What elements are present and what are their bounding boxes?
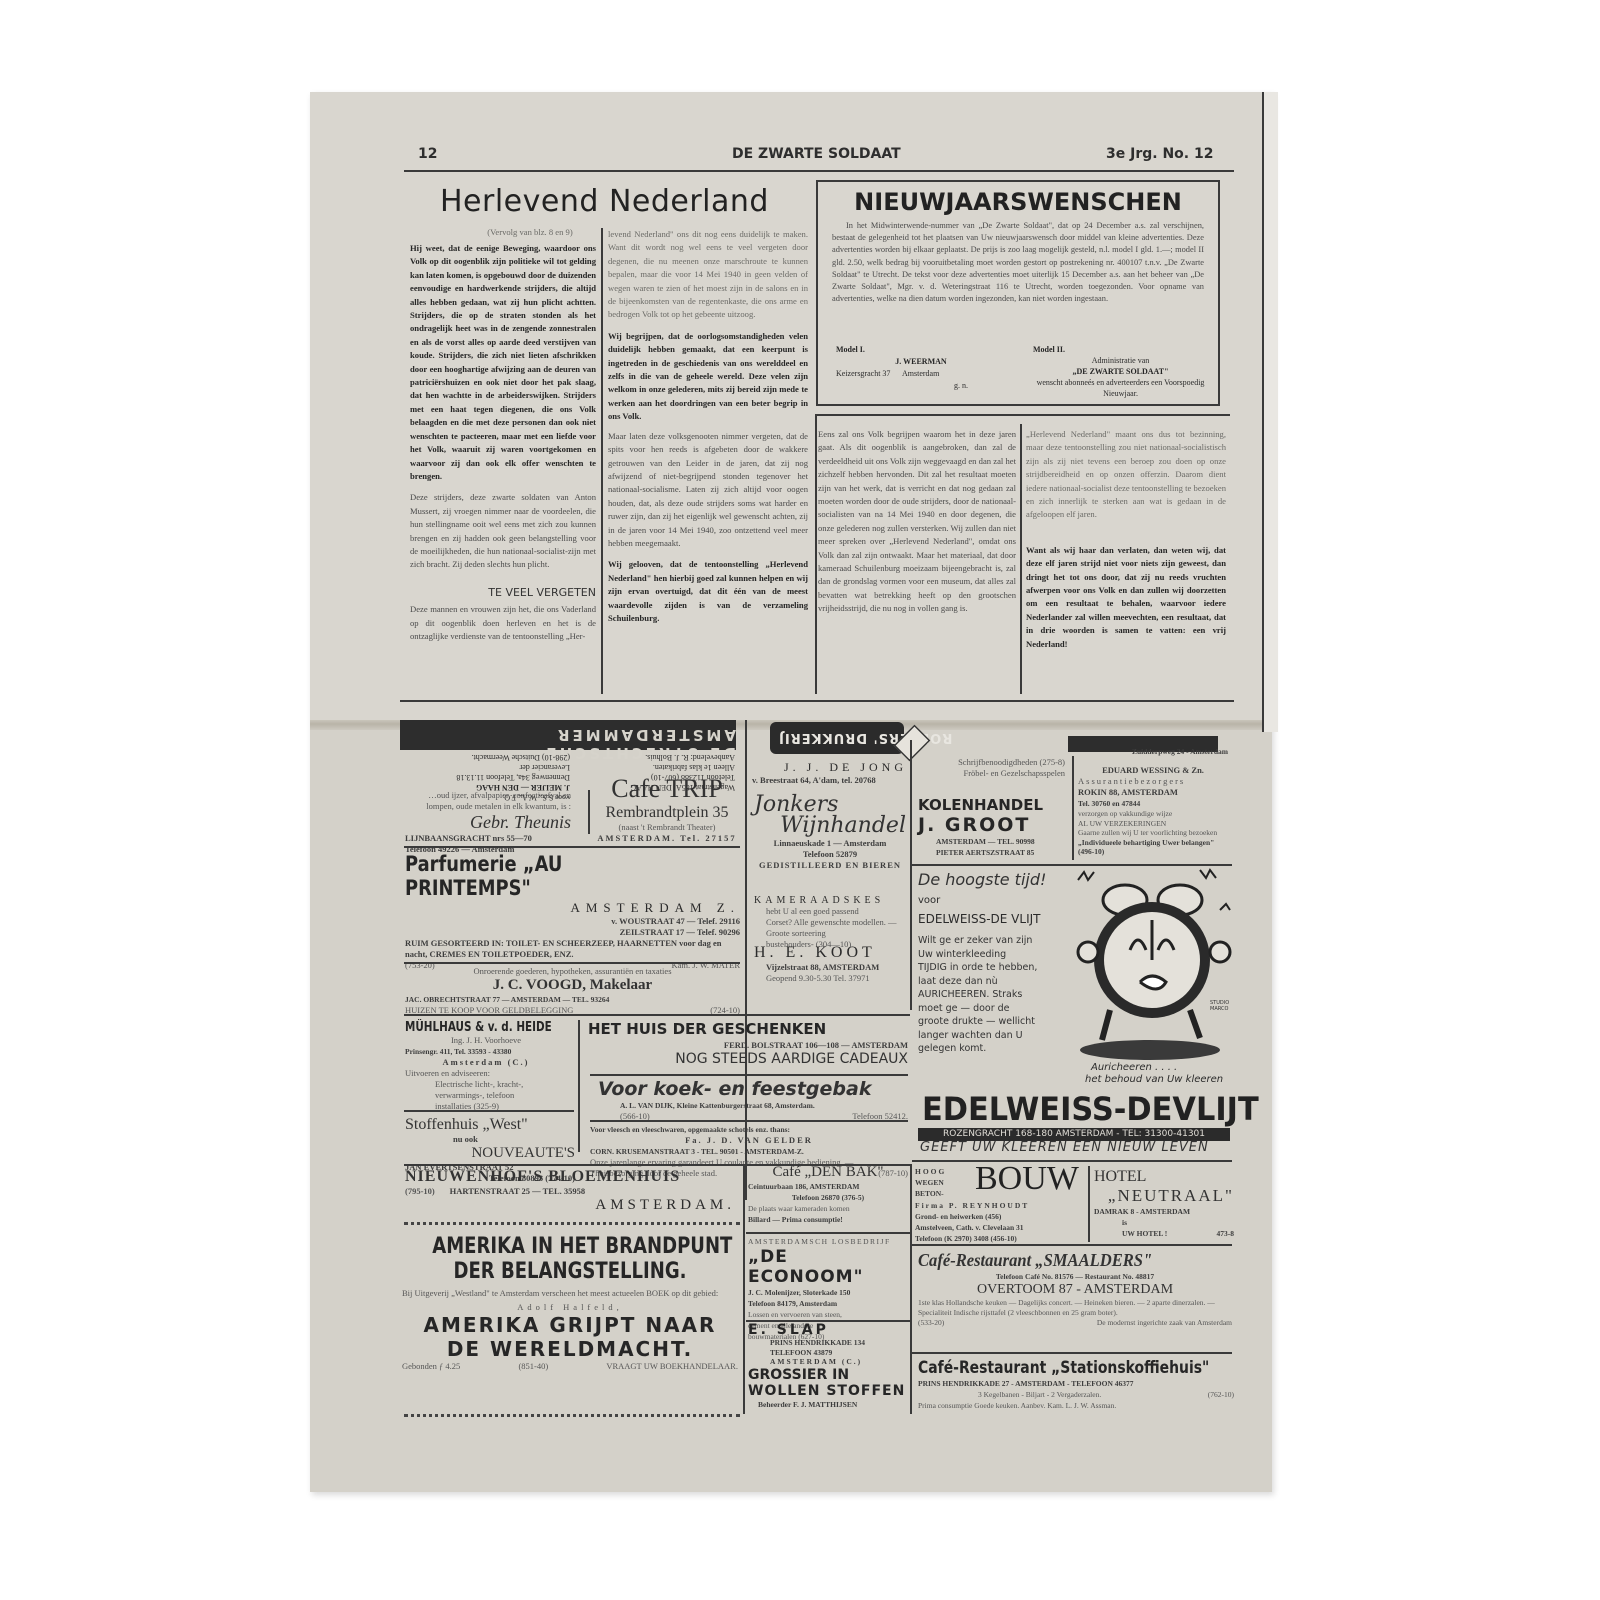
divider xyxy=(588,790,590,834)
neutraal-address: DAMRAK 8 - AMSTERDAM xyxy=(1094,1206,1234,1217)
slap-name: E. SLAP xyxy=(748,1322,908,1338)
edelweiss-artist: STUDIO MARCO xyxy=(1210,1000,1240,1012)
stations-row: 3 Kegelbanen - Biljart - 2 Vergaderzalen… xyxy=(918,1389,1234,1400)
amerika-book2: DE WERELDMACHT. xyxy=(402,1337,738,1361)
model-2-label: Model II. xyxy=(1033,344,1208,355)
jonkers-address: Linnaeuskade 1 — Amsterdam xyxy=(754,838,906,849)
printemps-title: Parfumerie „AU PRINTEMPS" xyxy=(405,852,690,900)
page-number: 12 xyxy=(418,146,437,162)
jonkers-tag: GEDISTILLEERD EN BIEREN xyxy=(754,860,906,871)
amerika-author: Adolf Halfeld, xyxy=(402,1302,738,1313)
article-col1: Hij weet, dat de eenige Beweging, waardo… xyxy=(410,242,596,643)
wessing-address: ROKIN 88, AMSTERDAM xyxy=(1078,787,1228,798)
col2-bold-paragraph: Wij begrijpen, dat de oorlogsomstandighe… xyxy=(608,330,808,424)
neutraal-tag1: is xyxy=(1094,1217,1234,1228)
ud-left-4: (298-10) Duitsche Weermacht. xyxy=(400,752,570,762)
smaalders-tag: De modernst ingerichte zaak van Amsterda… xyxy=(1097,1317,1232,1328)
model-1-name: J. WEERMAN xyxy=(836,356,1006,368)
col1-bold-paragraph: Hij weet, dat de eenige Beweging, waardo… xyxy=(410,242,596,483)
edelweiss-caption: Auricheeren . . . . het behoud van Uw kl… xyxy=(1085,1062,1223,1086)
bouw-phone: Telefoon (K 2970) 3408 (456-10) xyxy=(915,1233,1085,1244)
wessing-sub: Assurantiebezorgers xyxy=(1078,776,1228,787)
article-title: Herlevend Nederland xyxy=(440,184,769,219)
printemps-addr1: v. WOUSTRAAT 47 — Telef. 29116 xyxy=(405,916,740,927)
voogd-intro: Onroerende goederen, hypotheken, assuran… xyxy=(405,966,740,977)
cafe-trip-name: Cafe TRIP xyxy=(592,774,742,804)
ad-roepers: J. J. DE JONG v. Breestraat 64, A'dam, t… xyxy=(752,760,907,786)
divider xyxy=(746,1232,910,1234)
koot-address: Vijzelstraat 88, AMSTERDAM xyxy=(754,962,906,973)
ad-neutraal: HOTEL „NEUTRAAL" DAMRAK 8 - AMSTERDAM is… xyxy=(1094,1168,1234,1239)
stations-line: 3 Kegelbanen - Biljart - 2 Vergaderzalen… xyxy=(978,1389,1101,1400)
model-1-label: Model I. xyxy=(836,344,1006,356)
econoom-owner: J. C. Molenijzer, Sloterkade 150 xyxy=(748,1287,908,1298)
muhlhaus-name: MÜHLHAUS & v. d. HEIDE xyxy=(405,1020,535,1035)
roepers-line-0: Schrijfbenoodigdheden (275-8) xyxy=(915,757,1065,768)
ad-amerika: AMERIKA IN HET BRANDPUNT DER BELANGSTELL… xyxy=(402,1234,738,1372)
kolenhandel-name: J. GROOT xyxy=(918,814,1068,836)
bouw-side-0: HOOG xyxy=(915,1166,953,1177)
col2-paragraph: Maar laten deze volksgenooten nimmer ver… xyxy=(608,430,808,551)
cafe-trip-city: AMSTERDAM. Tel. 27157 xyxy=(592,833,742,844)
model-1-note: g. n. xyxy=(836,380,1006,392)
stations-address: PRINS HENDRIKKADE 27 - AMSTERDAM - TELEF… xyxy=(918,1378,1234,1389)
col1-paragraph: Deze strijders, deze zwarte soldaten van… xyxy=(410,491,596,571)
ad-edelweiss: De hoogste tijd! voor EDELWEISS-DE VLIJT… xyxy=(918,870,1078,1056)
model-1-address: Keizersgracht 37 xyxy=(836,369,890,378)
theunis-intro: …oud ijzer, afvalpapier, confectieafval … xyxy=(405,790,571,812)
denbak-phone: Telefoon 26870 (376-5) xyxy=(748,1192,908,1203)
edelweiss-voor: voor xyxy=(918,895,1078,906)
ad-cafe-trip: Cafe TRIP Rembrandtplein 35 (naast 't Re… xyxy=(592,774,742,844)
wessing-phone: Tel. 30760 en 47844 xyxy=(1078,798,1228,809)
roepers-line-1: Fröbel- en Gezelschapsspelen xyxy=(915,768,1065,779)
newspaper-title: DE ZWARTE SOLDAAT xyxy=(732,146,901,162)
model-2: Model II. Administratie van „DE ZWARTE S… xyxy=(1033,344,1208,399)
ad-bouw-side: HOOG WEGEN BETON- xyxy=(915,1166,953,1199)
wessing-line-3: „Individueele behartiging Uwer belangen"… xyxy=(1078,838,1228,857)
edelweiss-headline: De hoogste tijd! xyxy=(918,870,1078,889)
ad-wessing: Zuidderpweg 24 - Amsterdam EDUARD WESSIN… xyxy=(1078,746,1228,857)
geschenken-title: HET HUIS DER GESCHENKEN xyxy=(588,1020,908,1038)
ad-koot: H. E. KOOT Vijzelstraat 88, AMSTERDAM Ge… xyxy=(754,944,906,984)
bloemenhuis-city: AMSTERDAM. xyxy=(405,1197,735,1214)
vangelder-intro: Voor vleesch en vleeschwaren, opgemaakte… xyxy=(590,1124,908,1135)
divider xyxy=(404,846,740,848)
divider xyxy=(1072,756,1074,860)
koot-name: H. E. KOOT xyxy=(754,944,906,962)
smaalders-code: (533-20) xyxy=(918,1317,944,1328)
column-divider-4 xyxy=(1020,424,1022,694)
voogd-name: J. C. VOOGD, Makelaar xyxy=(405,977,740,994)
ad-stations: Café-Restaurant „Stationskoffiehuis" PRI… xyxy=(918,1358,1234,1411)
edelweiss-slogan: GEEFT UW KLEEREN EEN NIEUW LEVEN xyxy=(920,1140,1209,1155)
edelweiss-body: Wilt ge er zeker van zijn Uw winterkleed… xyxy=(918,934,1038,1056)
muhlhaus-line-0: Uitvoeren en adviseeren: xyxy=(405,1068,567,1079)
stoffenhuis-tag: NOUVEAUTE'S xyxy=(405,1145,575,1162)
amerika-tag: VRAAGT UW BOEKHANDELAAR. xyxy=(606,1361,738,1372)
wessing-top: Zuidderpweg 24 - Amsterdam xyxy=(1078,746,1228,757)
ud-right-3: Aanbevelend: R. J. Bolhuis. xyxy=(575,752,735,762)
smaalders-phones: Telefoon Café No. 81576 — Restaurant No.… xyxy=(918,1271,1232,1282)
notice-body: In het Midwinterwende-nummer van „De Zwa… xyxy=(832,220,1204,305)
model-1-city: Amsterdam xyxy=(902,369,939,378)
alarm-clock-mascot-icon xyxy=(1070,860,1240,1075)
roepers-address: v. Breestraat 64, A'dam, tel. 20768 xyxy=(752,775,907,786)
cafe-trip-note: (naast 't Rembrandt Theater) xyxy=(592,822,742,833)
amerika-code: (851-40) xyxy=(518,1361,548,1372)
printemps-city: AMSTERDAM Z. xyxy=(405,900,740,916)
ad-column-divider xyxy=(910,1164,912,1414)
roepers-name: J. J. DE JONG xyxy=(752,760,907,775)
muhlhaus-address: Prinsengr. 411, Tel. 33593 - 43380 xyxy=(405,1046,567,1057)
col4-paragraph: „Herlevend Nederland" maant ons dus tot … xyxy=(1026,428,1226,522)
ad-voogd: Onroerende goederen, hypotheken, assuran… xyxy=(405,966,740,1016)
denbak-address: Ceintuurbaan 186, AMSTERDAM xyxy=(748,1181,908,1192)
issue-number: 3e Jrg. No. 12 xyxy=(1106,146,1213,162)
wessing-line-1: AL UW VERZEKERINGEN xyxy=(1078,819,1228,829)
denbak-line: De plaats waar kameraden komen xyxy=(748,1203,908,1214)
kolenhandel-addr2: PIETER AERTSZSTRAAT 85 xyxy=(918,847,1068,858)
kameraadskes-line-0: hebt U al een goed passend xyxy=(754,906,906,917)
amerika-line2: DER BELANGSTELLING. xyxy=(432,1259,708,1284)
divider xyxy=(578,1020,580,1152)
edelweiss-caption-2: het behoud van Uw kleeren xyxy=(1085,1074,1223,1086)
slap-tag2: WOLLEN STOFFEN xyxy=(748,1383,908,1399)
voogd-address: JAC. OBRECHTSTRAAT 77 — AMSTERDAM — TEL.… xyxy=(405,994,740,1005)
model-1: Model I. J. WEERMAN Keizersgracht 37 Ams… xyxy=(836,344,1006,392)
ad-column-divider xyxy=(743,1164,745,1414)
bouw-side-1: WEGEN xyxy=(915,1177,953,1188)
col4-bold-paragraph: Want als wij haar dan verlaten, dan wete… xyxy=(1026,544,1226,651)
model-1-address-row: Keizersgracht 37 Amsterdam xyxy=(836,368,1006,380)
divider xyxy=(912,1244,1232,1246)
dotted-divider xyxy=(404,1414,740,1417)
geschenken-tag: NOG STEEDS AARDIGE CADEAUX xyxy=(588,1051,908,1067)
bloemenhuis-code: (795-10) xyxy=(405,1186,435,1196)
column-divider xyxy=(601,228,603,694)
denbak-name: Café „DEN BAK" xyxy=(748,1164,908,1181)
bloemenhuis-row: (795-10) HARTENSTRAAT 25 — TEL. 35958 xyxy=(405,1186,735,1197)
stoffenhuis-sub: nu ook xyxy=(405,1134,575,1145)
neutraal-line2: „NEUTRAAL" xyxy=(1094,1186,1234,1206)
ad-kolenhandel: KOLENHANDEL J. GROOT AMSTERDAM — TEL. 90… xyxy=(918,796,1068,858)
upside-down-banner: DE UTRECHTSCHE AMSTERDAMMER xyxy=(400,720,736,750)
edelweiss-logo: EDELWEISS-DEVLIJT xyxy=(922,1090,1259,1128)
article-col3: Eens zal ons Volk begrijpen waarom het i… xyxy=(818,428,1016,616)
ad-printemps: Parfumerie „AU PRINTEMPS" AMSTERDAM Z. v… xyxy=(405,852,740,971)
cafe-trip-address: Rembrandtplein 35 xyxy=(592,804,742,822)
amerika-line1: AMERIKA IN HET BRANDPUNT xyxy=(432,1234,708,1259)
kolenhandel-title: KOLENHANDEL xyxy=(918,796,1068,814)
divider xyxy=(404,1014,910,1016)
col2-top: levend Nederland" ons dit nog eens duide… xyxy=(608,228,808,322)
muhlhaus-line-2: verwarmings-, telefoon xyxy=(405,1090,567,1101)
theunis-address: LIJNBAANSGRACHT nrs 55—70 xyxy=(405,833,571,844)
stoffenhuis-name: Stoffenhuis „West" xyxy=(405,1116,575,1134)
header-rule xyxy=(404,170,1234,172)
theunis-name: Gebr. Theunis xyxy=(405,812,571,833)
divider xyxy=(590,1120,908,1122)
amerika-intro: Bij Uitgeverij „Westland" te Amsterdam v… xyxy=(402,1288,738,1299)
adjacent-page-edge xyxy=(1262,92,1278,732)
amerika-book1: AMERIKA GRIJPT NAAR xyxy=(402,1313,738,1337)
notice-rule xyxy=(816,414,1230,416)
slap-phone: TELEFOON 43879 xyxy=(748,1348,908,1358)
stations-tag: Prima consumptie Goede keuken. Aanbev. K… xyxy=(918,1400,1234,1411)
koek-title: Voor koek- en feestgebak xyxy=(590,1078,908,1100)
notice-title: NIEUWJAARSWENSCHEN xyxy=(818,188,1218,216)
ud-left-2: Dennenweg 34a, Telefoon 11.13.18 xyxy=(400,772,570,782)
econoom-phone: Telefoon 84179, Amsterdam xyxy=(748,1298,908,1309)
econoom-line-0: Lossen en vervoeren van steen, xyxy=(748,1309,908,1320)
ad-muhlhaus: MÜHLHAUS & v. d. HEIDE Ing. J. H. Voorho… xyxy=(405,1020,567,1112)
vangelder-address: CORN. KRUSEMANSTRAAT 3 - TEL. 90501 - AM… xyxy=(590,1146,908,1157)
dotted-divider xyxy=(404,1222,740,1225)
col1-end: Deze mannen en vrouwen zijn het, die ons… xyxy=(410,603,596,643)
article-col4: „Herlevend Nederland" maant ons dus tot … xyxy=(1026,428,1226,651)
model-2-line2: „DE ZWARTE SOLDAAT" xyxy=(1033,366,1208,377)
edelweiss-caption-1: Auricheeren . . . . xyxy=(1085,1062,1223,1074)
ad-denbak: Café „DEN BAK" Ceintuurbaan 186, AMSTERD… xyxy=(748,1164,908,1225)
smaalders-name: Café-Restaurant „SMAALDERS" xyxy=(918,1250,1207,1271)
divider xyxy=(404,1110,574,1112)
bloemenhuis-address: HARTENSTRAAT 25 — TEL. 35958 xyxy=(450,1186,586,1196)
ad-roepers-lines: Schrijfbenoodigdheden (275-8) Fröbel- en… xyxy=(915,757,1065,779)
muhlhaus-eng: Ing. J. H. Voorhoeve xyxy=(405,1035,567,1046)
ad-bloemenhuis: NIEUWENHOF'S BLOEMENHUIS (795-10) HARTEN… xyxy=(405,1168,735,1214)
ad-kameraadskes: KAMERAADSKES hebt U al een goed passend … xyxy=(754,895,906,950)
bouw-name: BOUW xyxy=(975,1160,1079,1198)
bouw-address: Amstelveen, Cath. v. Clevelaan 31 xyxy=(915,1222,1085,1233)
amerika-price: Gebonden ƒ 4.25 xyxy=(402,1361,460,1372)
slap-address: PRINS HENDRIKKADE 134 xyxy=(748,1338,908,1348)
neutraal-footer: UW HOTEL ! 473-8 xyxy=(1094,1228,1234,1239)
ud-left-3: Leverancier der xyxy=(400,762,570,772)
article-continuation: (Vervolg van blz. 8 en 9) xyxy=(450,226,610,239)
divider xyxy=(1088,1166,1090,1242)
ud-right-2: Alleen 1e klas fabrikaten. xyxy=(575,762,735,772)
roepers-banner: ROEPERS' DRUKKERIJ xyxy=(770,722,904,754)
bouw-work: Grond- en heiwerken (456) xyxy=(915,1211,1085,1222)
koek-address: A. L. VAN DIJK, Kleine Kattenburgerstraa… xyxy=(590,1100,908,1111)
edelweiss-brand: EDELWEISS-DE VLIJT xyxy=(918,912,1078,926)
ad-bouw: Firma P. REYNHOUDT Grond- en heiwerken (… xyxy=(915,1200,1085,1244)
geschenken-address: FERD. BOLSTRAAT 106—108 — AMSTERDAM xyxy=(588,1040,908,1051)
model-2-line3: wenscht abonneés en adverteerders een Vo… xyxy=(1033,377,1208,399)
muhlhaus-city: Amsterdam (C.) xyxy=(405,1057,567,1068)
wessing-line-0: verzorgen op vakkundige wijze xyxy=(1078,809,1228,819)
divider xyxy=(912,1352,1232,1354)
slap-tag1: GROSSIER IN xyxy=(748,1367,908,1383)
bloemenhuis-name: NIEUWENHOF'S BLOEMENHUIS xyxy=(405,1168,735,1186)
koot-hours: Geopend 9.30-5.30 Tel. 37971 xyxy=(754,973,906,984)
neutraal-line1: HOTEL xyxy=(1094,1168,1234,1186)
slap-city: AMSTERDAM (C.) xyxy=(748,1357,908,1367)
article-col2: levend Nederland" ons dit nog eens duide… xyxy=(608,228,808,625)
ad-jonkers: Jonkers Wijnhandel Linnaeuskade 1 — Amst… xyxy=(754,792,906,871)
wessing-line-2: Gaarne zullen wij U ter voorlichting bez… xyxy=(1078,828,1228,838)
stations-code: (762-10) xyxy=(1208,1389,1234,1400)
ad-koek: Voor koek- en feestgebak A. L. VAN DIJK,… xyxy=(590,1078,908,1122)
neutraal-tag2: UW HOTEL ! xyxy=(1122,1228,1167,1239)
smaalders-address: OVERTOOM 87 - AMSTERDAM xyxy=(918,1282,1232,1298)
kolenhandel-addr1: AMSTERDAM — TEL. 90998 xyxy=(918,836,1068,847)
ad-geschenken: HET HUIS DER GESCHENKEN FERD. BOLSTRAAT … xyxy=(588,1020,908,1067)
stations-name: Café-Restaurant „Stationskoffiehuis" xyxy=(918,1358,1177,1378)
ad-slap: E. SLAP PRINS HENDRIKKADE 134 TELEFOON 4… xyxy=(748,1322,908,1410)
vangelder-name: Fa. J. D. VAN GELDER xyxy=(590,1135,908,1146)
bouw-firm: Firma P. REYNHOUDT xyxy=(915,1200,1085,1211)
smaalders-footer: (533-20) De modernst ingerichte zaak van… xyxy=(918,1317,1232,1328)
neutraal-code: 473-8 xyxy=(1217,1228,1235,1239)
divider xyxy=(590,1074,908,1076)
printemps-addr2: ZEILSTRAAT 17 — Telef. 90296 xyxy=(405,927,740,938)
smaalders-body: 1ste klas Hollandsche keuken — Dagelijks… xyxy=(918,1298,1232,1317)
ad-smaalders: Café-Restaurant „SMAALDERS" Telefoon Caf… xyxy=(918,1250,1232,1328)
wessing-name: EDUARD WESSING & Zn. xyxy=(1078,765,1228,776)
model-2-line1: Administratie van xyxy=(1033,355,1208,366)
column-divider-3 xyxy=(815,414,817,694)
new-year-notice: NIEUWJAARSWENSCHEN In het Midwinterwende… xyxy=(816,180,1220,406)
ad-column-divider xyxy=(910,740,912,1010)
section-heading: TE VEEL VERGETEN xyxy=(410,586,596,599)
printemps-body: RUIM GESORTEERD IN: TOILET- EN SCHEERZEE… xyxy=(405,938,740,960)
article-end-rule xyxy=(400,700,1234,702)
muhlhaus-line-1: Electrische licht-, kracht-, xyxy=(405,1079,567,1090)
bouw-side-2: BETON- xyxy=(915,1188,953,1199)
econoom-intro: AMSTERDAMSCH LOSBEDRIJF xyxy=(748,1236,908,1247)
col2-end: Wij gelooven, dat de tentoonstelling „He… xyxy=(608,558,808,625)
kameraadskes-line-1: Corset? Alle gewenschte modellen. — Groo… xyxy=(754,917,906,939)
slap-owner: Beheerder F. J. MATTHIJSEN xyxy=(748,1399,908,1410)
kameraadskes-title: KAMERAADSKES xyxy=(754,895,906,906)
denbak-line2: Billard — Prima consumptie! xyxy=(748,1214,908,1225)
econoom-name: „DE ECONOOM" xyxy=(748,1247,908,1287)
amerika-footer: Gebonden ƒ 4.25 (851-40) VRAAGT UW BOEKH… xyxy=(402,1361,738,1372)
jonkers-phone: Telefoon 52879 xyxy=(754,849,906,860)
divider xyxy=(404,962,740,964)
